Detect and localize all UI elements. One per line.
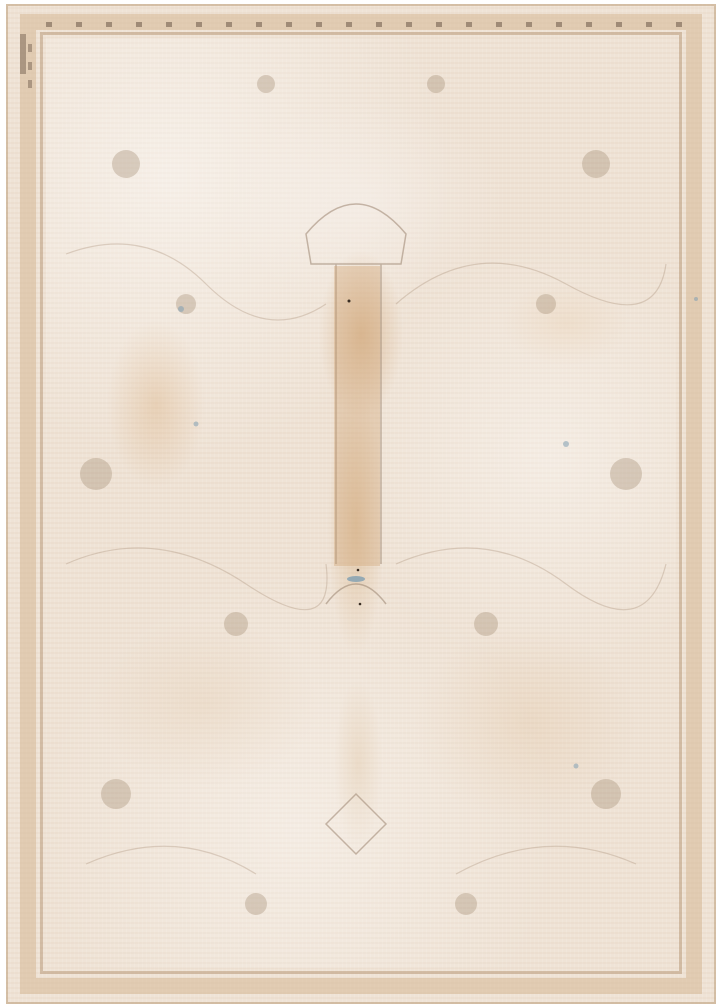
rug-pattern — [6, 4, 716, 1004]
blue-flecks — [178, 297, 698, 769]
top-border-motifs — [46, 22, 682, 27]
rust-column — [334, 266, 380, 566]
rug — [6, 4, 716, 1004]
blue-accent — [347, 576, 365, 582]
left-border-motifs — [20, 34, 32, 88]
